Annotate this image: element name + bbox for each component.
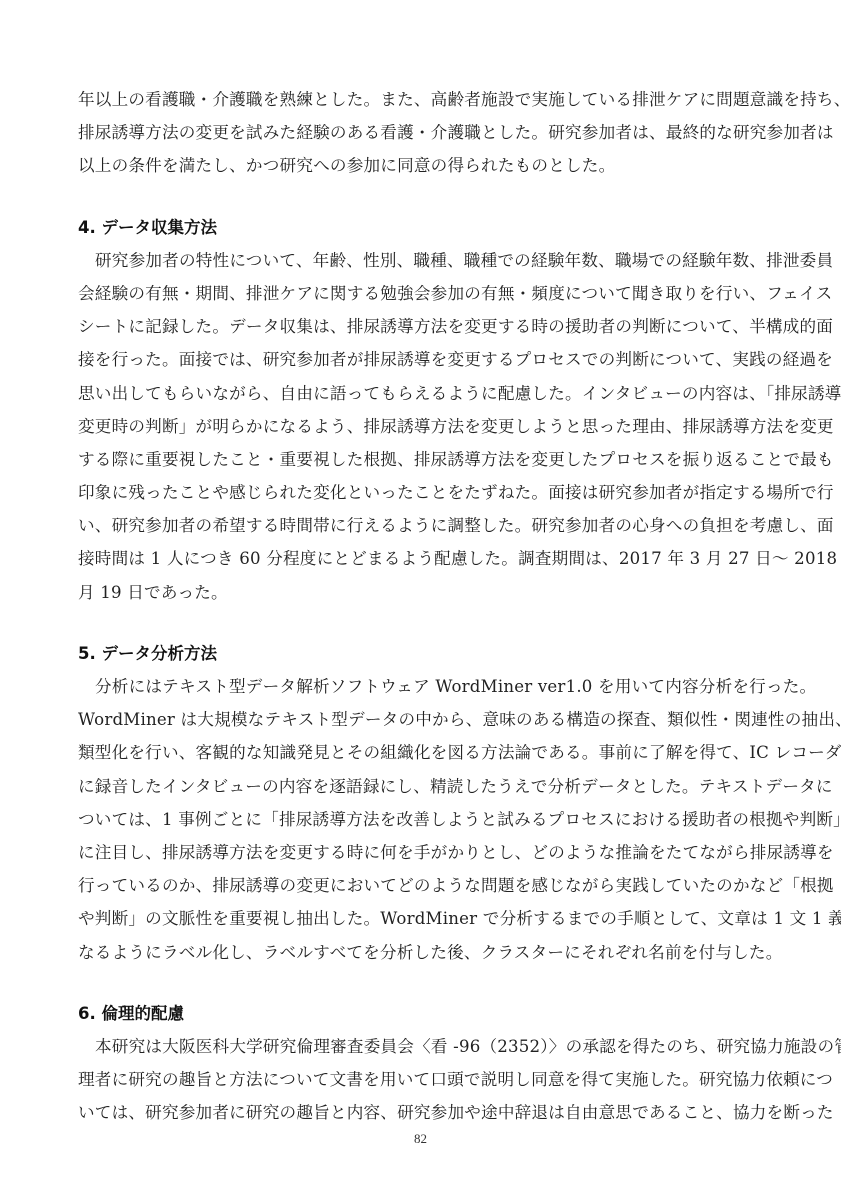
text-line: 以上の条件を満たし、かつ研究への参加に同意の得られたものとした。 bbox=[78, 149, 766, 182]
section-ethics: 6. 倫理的配慮 本研究は大阪医科大学研究倫理審査委員会〈看 -96（2352）… bbox=[78, 997, 766, 1130]
text-line: 印象に残ったことや感じられた変化といったことをたずねた。面接は研究参加者が指定す… bbox=[78, 476, 766, 509]
text-line: 変更時の判断」が明らかになるよう、排尿誘導方法を変更しようと思った理由、排尿誘導… bbox=[78, 410, 766, 443]
text-line: 会経験の有無・期間、排泄ケアに関する勉強会参加の有無・頻度について聞き取りを行い… bbox=[78, 277, 766, 310]
intro-paragraph: 年以上の看護職・介護職を熟練とした。また、高齢者施設で実施している排泄ケアに問題… bbox=[78, 83, 766, 183]
section-data-collection: 4. データ収集方法 研究参加者の特性について、年齢、性別、職種、職種での経験年… bbox=[78, 211, 766, 609]
text-line: 類型化を行い、客観的な知識発見とその組織化を図る方法論である。事前に了解を得て、… bbox=[78, 736, 766, 769]
text-line: 年以上の看護職・介護職を熟練とした。また、高齢者施設で実施している排泄ケアに問題… bbox=[78, 83, 766, 116]
page-body: 年以上の看護職・介護職を熟練とした。また、高齢者施設で実施している排泄ケアに問題… bbox=[78, 83, 766, 1129]
text-line: に注目し、排尿誘導方法を変更する時に何を手がかりとし、どのような推論をたてながら… bbox=[78, 836, 766, 869]
text-line: いては、研究参加者に研究の趣旨と内容、研究参加や途中辞退は自由意思であること、協… bbox=[78, 1096, 766, 1129]
text-line: 接時間は 1 人につき 60 分程度にとどまるよう配慮した。調査期間は、2017… bbox=[78, 542, 766, 575]
text-line: 行っているのか、排尿誘導の変更においてどのような問題を感じながら実践していたのか… bbox=[78, 869, 766, 902]
text-line: 研究参加者の特性について、年齢、性別、職種、職種での経験年数、職場での経験年数、… bbox=[78, 244, 766, 277]
text-line: 接を行った。面接では、研究参加者が排尿誘導を変更するプロセスでの判断について、実… bbox=[78, 343, 766, 376]
section-data-analysis: 5. データ分析方法 分析にはテキスト型データ解析ソフトウェア WordMine… bbox=[78, 637, 766, 969]
text-line: 思い出してもらいながら、自由に語ってもらえるように配慮した。インタビューの内容は… bbox=[78, 377, 766, 410]
text-line: 分析にはテキスト型データ解析ソフトウェア WordMiner ver1.0 を用… bbox=[78, 670, 766, 703]
text-line: ついては、1 事例ごとに「排尿誘導方法を改善しようと試みるプロセスにおける援助者… bbox=[78, 803, 766, 836]
text-line: 理者に研究の趣旨と方法について文書を用いて口頭で説明し同意を得て実施した。研究協… bbox=[78, 1063, 766, 1096]
section-heading: 6. 倫理的配慮 bbox=[78, 997, 766, 1030]
text-line: WordMiner は大規模なテキスト型データの中から、意味のある構造の探査、類… bbox=[78, 703, 766, 736]
text-line: や判断」の文脈性を重要視し抽出した。WordMiner で分析するまでの手順とし… bbox=[78, 902, 766, 935]
section-heading: 4. データ収集方法 bbox=[78, 211, 766, 244]
section-heading: 5. データ分析方法 bbox=[78, 637, 766, 670]
text-line: 月 19 日であった。 bbox=[78, 576, 766, 609]
text-line: い、研究参加者の希望する時間帯に行えるように調整した。研究参加者の心身への負担を… bbox=[78, 509, 766, 542]
text-line: なるようにラベル化し、ラベルすべてを分析した後、クラスターにそれぞれ名前を付与し… bbox=[78, 936, 766, 969]
text-line: 本研究は大阪医科大学研究倫理審査委員会〈看 -96（2352）〉の承認を得たのち… bbox=[78, 1030, 766, 1063]
page-number: 82 bbox=[0, 1131, 841, 1147]
text-line: シートに記録した。データ収集は、排尿誘導方法を変更する時の援助者の判断について、… bbox=[78, 310, 766, 343]
text-line: に録音したインタビューの内容を逐語録にし、精読したうえで分析データとした。テキス… bbox=[78, 770, 766, 803]
text-line: 排尿誘導方法の変更を試みた経験のある看護・介護職とした。研究参加者は、最終的な研… bbox=[78, 116, 766, 149]
text-line: する際に重要視したこと・重要視した根拠、排尿誘導方法を変更したプロセスを振り返る… bbox=[78, 443, 766, 476]
